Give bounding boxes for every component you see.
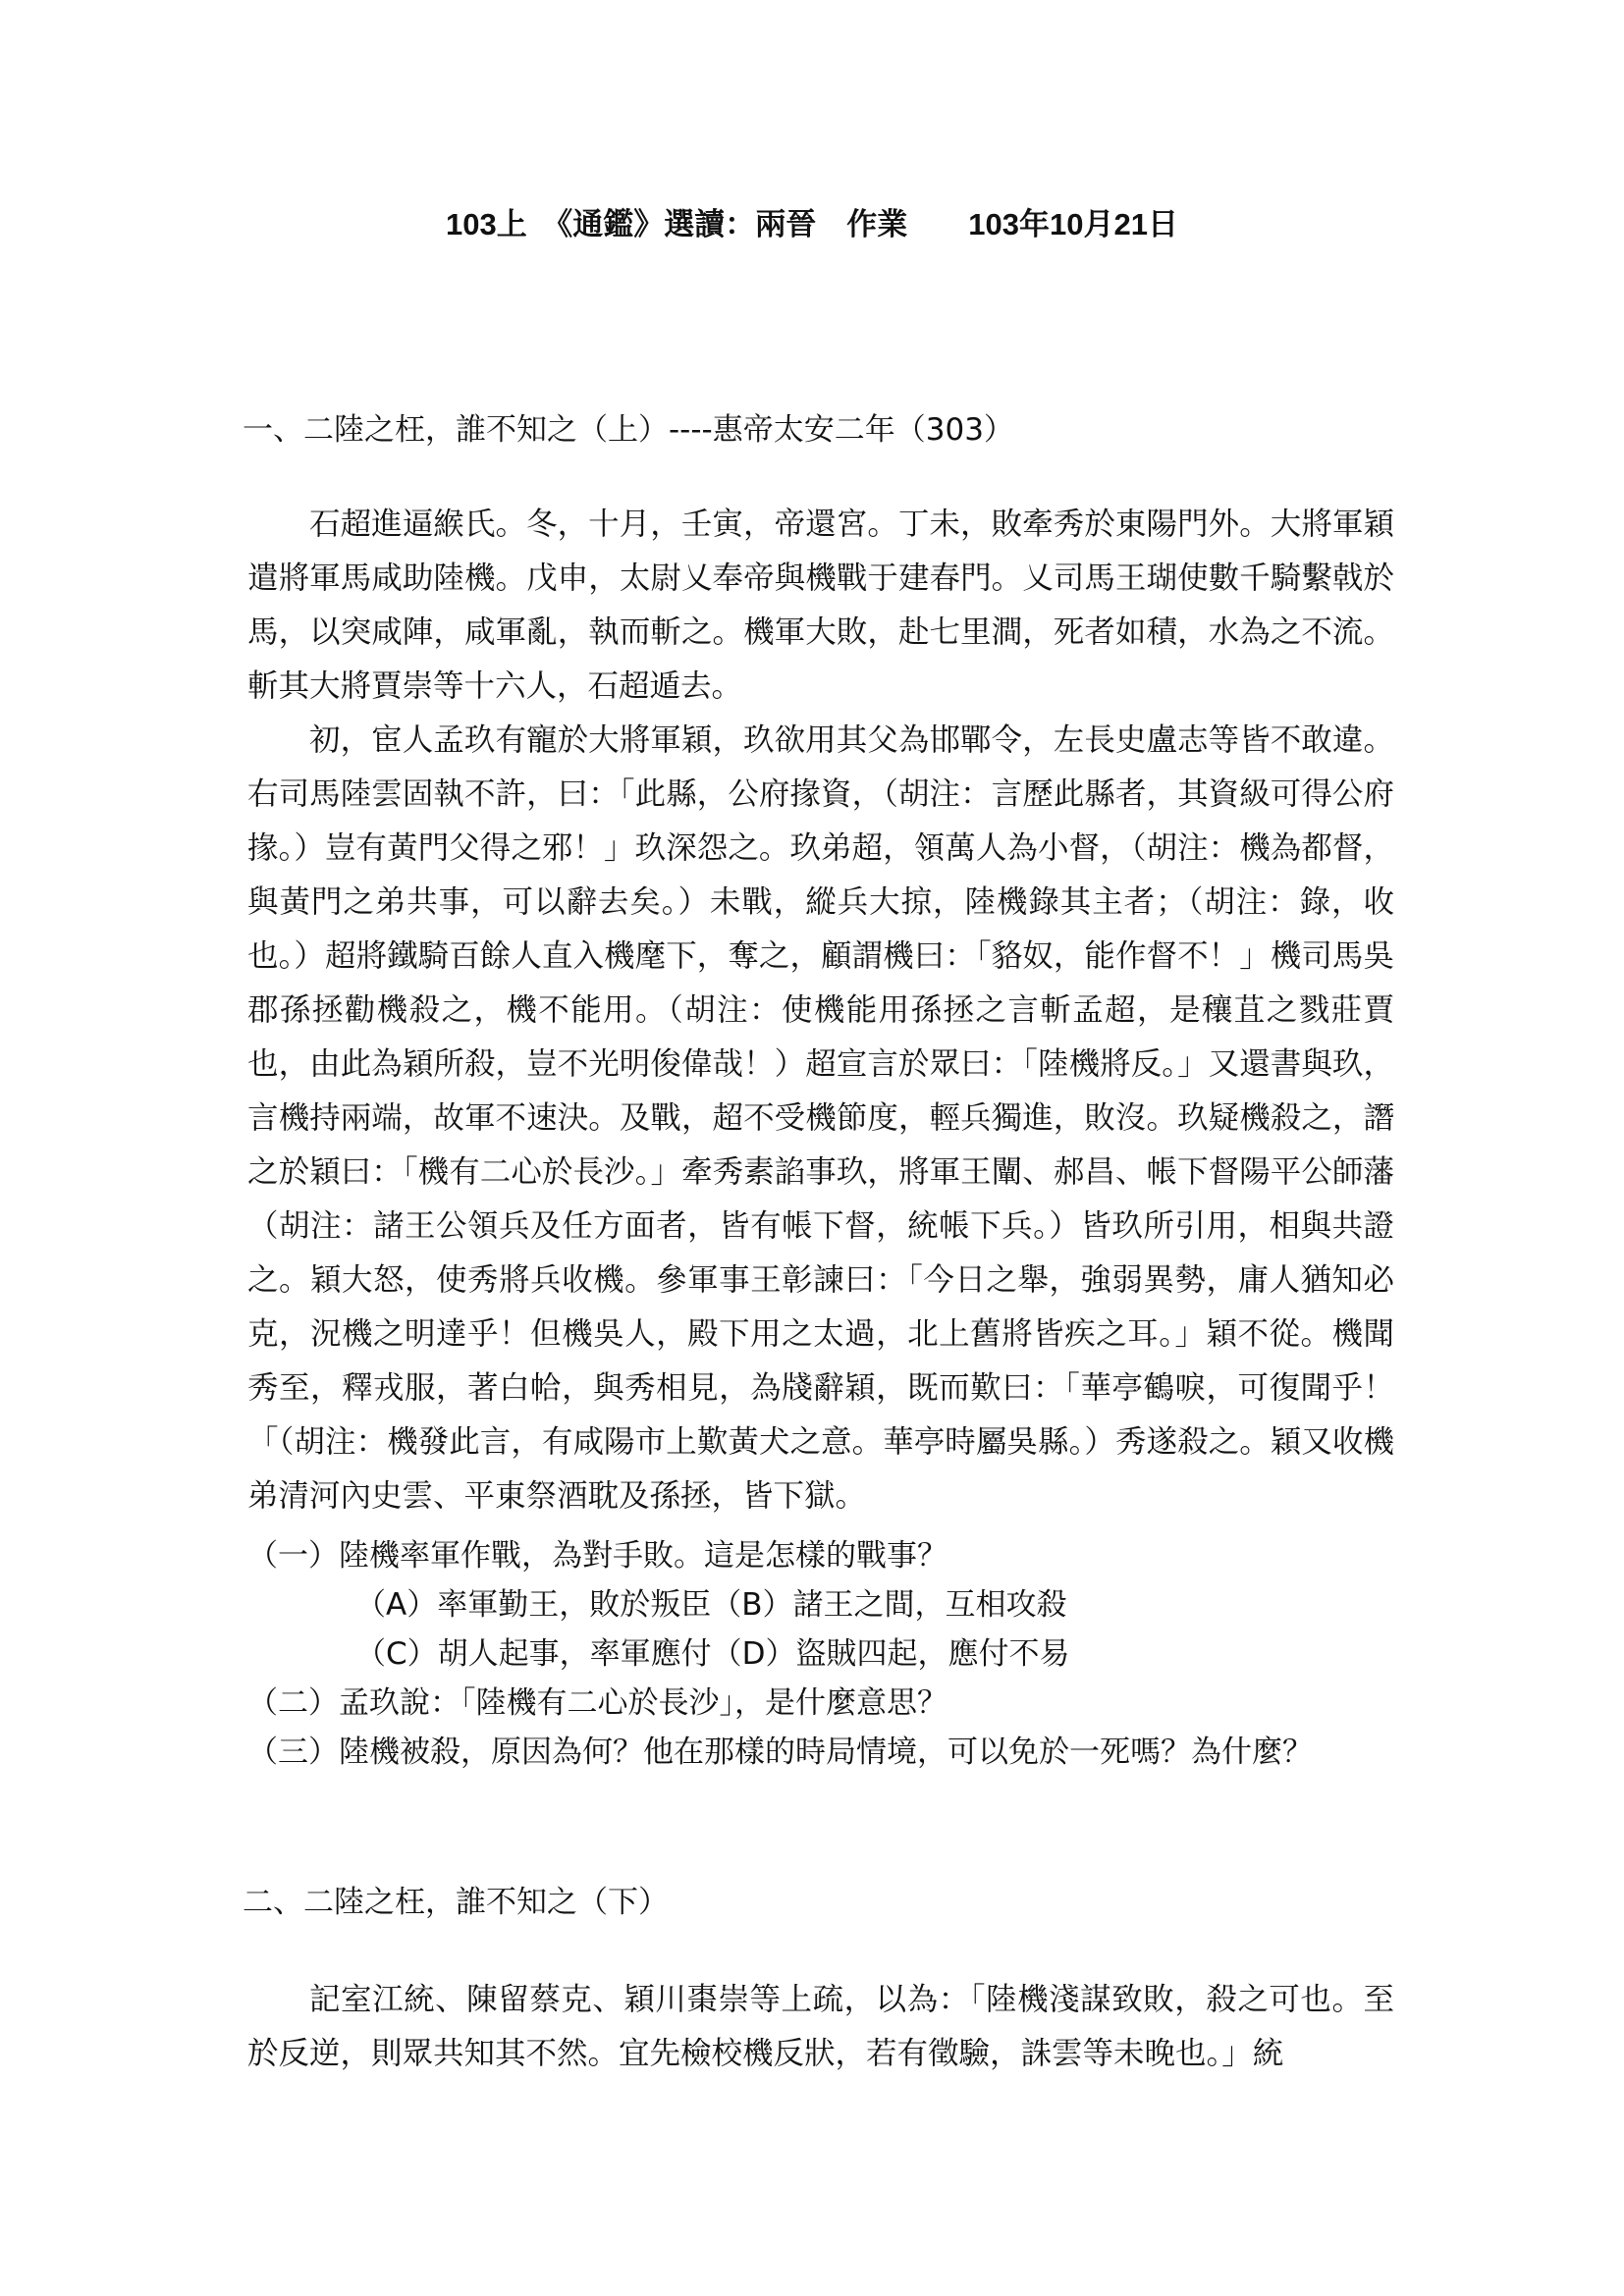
question-1-options-ab: （A）率軍勤王，敗於叛臣（B）諸王之間，互相攻殺 — [247, 1580, 1406, 1629]
section-1-paragraph-1: 石超進逼緱氏。冬，十月，壬寅，帝還宮。丁未，敗牽秀於東陽門外。大將軍穎遣將軍馬咸… — [247, 498, 1394, 714]
question-1-options-cd: （C）胡人起事，率軍應付（D）盜賊四起，應付不易 — [247, 1629, 1406, 1679]
section-1-heading: 一、二陸之枉，誰不知之（上）----惠帝太安二年（303） — [243, 404, 1014, 449]
document-page: 103上 《通鑑》選讀：兩晉 作業 103年10月21日 一、二陸之枉，誰不知之… — [0, 0, 1624, 2296]
section-2-passage: 記室江統、陳留蔡克、穎川棗崇等上疏，以為：「陸機淺謀致敗，殺之可也。至於反逆，則… — [247, 1973, 1394, 2081]
section-1-paragraph-2: 初，宦人孟玖有寵於大將軍穎，玖欲用其父為邯鄲令，左長史盧志等皆不敢違。右司馬陸雲… — [247, 714, 1394, 1523]
document-title: 103上 《通鑑》選讀：兩晉 作業 103年10月21日 — [0, 199, 1624, 243]
section-2-paragraph-1: 記室江統、陳留蔡克、穎川棗崇等上疏，以為：「陸機淺謀致敗，殺之可也。至於反逆，則… — [247, 1973, 1394, 2081]
section-2-heading: 二、二陸之枉，誰不知之（下） — [243, 1877, 669, 1921]
question-3: （三）陸機被殺，原因為何？他在那樣的時局情境，可以免於一死嗎？為什麼？ — [247, 1728, 1406, 1777]
question-1: （一）陸機率軍作戰，為對手敗。這是怎樣的戰事？ — [247, 1531, 1406, 1580]
section-1-passage: 石超進逼緱氏。冬，十月，壬寅，帝還宮。丁未，敗牽秀於東陽門外。大將軍穎遣將軍馬咸… — [247, 498, 1394, 1523]
question-2: （二）孟玖說：「陸機有二心於長沙」，是什麼意思？ — [247, 1679, 1406, 1728]
section-1-questions: （一）陸機率軍作戰，為對手敗。這是怎樣的戰事？ （A）率軍勤王，敗於叛臣（B）諸… — [247, 1531, 1406, 1777]
